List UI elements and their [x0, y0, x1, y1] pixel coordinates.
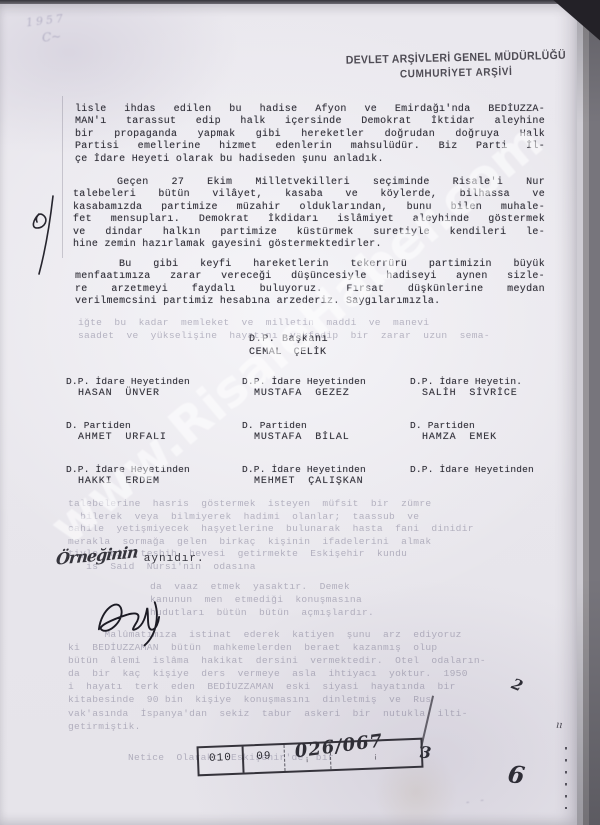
text-line: i hayatı terk eden BEDİUZZAMAN eski siya… — [68, 680, 486, 693]
text-line: iğte bu kadar memleket ve milletin maddi… — [78, 317, 490, 330]
archive-stamp: DEVLET ARŞİVLERİ GENEL MÜDÜRLÜĞÜ CUMHURİ… — [338, 49, 575, 81]
text-line: cahile yetişmiyecek haşyetlerine bulunar… — [68, 523, 474, 536]
text-line: ve dindar halkın partimize küstürmek sur… — [73, 227, 545, 239]
certification-typed-word: aynıdır. — [144, 553, 205, 565]
text-line: verilmemcsini partimiz hesabına arzederi… — [75, 296, 545, 308]
chairman-title: D.P. Başkanı — [249, 334, 328, 347]
text-line: bilerek veya bilmiyerek hadimi olanlar; … — [68, 511, 474, 524]
signatory-title: D. Partiden — [66, 420, 242, 431]
signatory-name: MUSTAFA BİLAL — [242, 432, 410, 443]
signatory-title: D. Partiden — [242, 420, 410, 431]
signatory-title: D.P. İdare Heyetinden — [410, 464, 572, 475]
signatory-title: D.P. İdare Heyetinden — [242, 376, 410, 387]
signatory-name: MEHMET ÇALIŞKAN — [242, 476, 410, 487]
dotted-margin-line — [565, 747, 567, 809]
signatory: D.P. İdare Heyetinden — [410, 464, 572, 487]
signatory-title: D. Partiden — [410, 420, 572, 431]
signatory-name: HASAN ÜNVER — [66, 388, 242, 399]
certification-line: Örneğininaynıdır. — [56, 546, 205, 566]
signatory-title: D.P. İdare Heyetinden — [66, 376, 242, 387]
signatory: D.P. İdare HeyetindenMUSTAFA GEZEZ — [242, 376, 410, 399]
signatory: D. PartidenMUSTAFA BİLAL — [242, 420, 410, 443]
signatory-row: D.P. İdare HeyetindenHAKKI ERDEMD.P. İda… — [66, 464, 572, 487]
text-line: vak'asında İspanya'dan sekiz tabur asker… — [68, 707, 486, 720]
text-line: çe İdare Heyeti olarak bu hadiseden şunu… — [75, 154, 545, 166]
chairman-block: D.P. Başkanı CEMAL ÇELİK — [249, 334, 328, 359]
body-paragraph-3: Bu gibi keyfi hareketlerin tekerrürü par… — [75, 259, 545, 309]
certification-handwritten-word: Örneğinin — [55, 542, 138, 568]
scan-edge-right — [577, 0, 600, 825]
signatory: D.P. İdare HeyetindenHASAN ÜNVER — [66, 376, 242, 399]
text-line: Geçen 27 Ekim Milletvekilleri seçiminde … — [73, 177, 545, 189]
text-line: bir propaganda yapmak gibi hereketler do… — [75, 129, 545, 141]
signatory: D. PartidenHAMZA EMEK — [410, 420, 572, 443]
margin-mark-4 — [20, 192, 64, 278]
text-line: MAN'ı tarassut edip halk içersinde Demok… — [75, 116, 545, 128]
box-cell-2: 09 — [244, 745, 286, 773]
box-cell-1: 010 — [199, 747, 245, 775]
signatory: D.P. İdare Heyetin.SALİH SİVRİCE — [410, 376, 572, 399]
signatory-name: HAKKI ERDEM — [66, 476, 242, 487]
signatory-title: D.P. İdare Heyetinden — [66, 464, 242, 475]
text-line: menfaatımıza zarar vereceği düşüncesiyle… — [75, 271, 545, 283]
signatory-name: SALİH SİVRİCE — [410, 388, 572, 399]
handwritten-signature — [81, 582, 190, 653]
pencil-scribble-topleft: C~ — [42, 29, 62, 44]
signatory-row: D. PartidenAHMET URFALID. PartidenMUSTAF… — [66, 420, 572, 443]
text-line: lisle ihdas edilen bu hadise Afyon ve Em… — [75, 104, 545, 116]
text-line: re arzetmeyi faydalı buluyoruz. Fırsat d… — [75, 284, 545, 296]
signatory-name: AHMET URFALI — [66, 432, 242, 443]
signatory: D.P. İdare HeyetindenHAKKI ERDEM — [66, 464, 242, 487]
text-line: Bu gibi keyfi hareketlerin tekerrürü par… — [75, 259, 545, 271]
scan-edge-top — [0, 0, 600, 4]
margin-note-small: ıı — [556, 720, 563, 731]
text-line: kitabesinde 90 bin kişiye konuşmasını di… — [68, 693, 486, 706]
signatory-row: D.P. İdare HeyetindenHASAN ÜNVERD.P. İda… — [66, 376, 572, 399]
text-line: kasabamızda partimize müzahir oldukların… — [73, 202, 545, 214]
text-line: bütün âlemi islâma hakikat dersini verme… — [68, 654, 486, 667]
signatories-grid: D.P. İdare HeyetindenHASAN ÜNVERD.P. İda… — [66, 376, 572, 508]
text-line: hine zemin hazırlamak gayesini göstermek… — [73, 239, 545, 251]
text-line: fet mensupları. Demokrat İkdidarı islâmi… — [73, 214, 545, 226]
text-line: talebeleri bütün vilâyet, kasaba ve köyl… — [73, 189, 545, 201]
body-paragraph-2: Geçen 27 Ekim Milletvekilleri seçiminde … — [73, 177, 545, 251]
signatory: D. PartidenAHMET URFALI — [66, 420, 242, 443]
signatory-title: D.P. İdare Heyetinden — [242, 464, 410, 475]
signatory-name: HAMZA EMEK — [410, 432, 572, 443]
text-line: da bir kaç kişiye ders vermeye asla ihti… — [68, 667, 486, 680]
chairman-name: CEMAL ÇELİK — [249, 347, 328, 360]
signatory-name: MUSTAFA GEZEZ — [242, 388, 410, 399]
text-line: Partisi emellerine hizmet edenlerin mahs… — [75, 141, 545, 153]
body-paragraph-1: lisle ihdas edilen bu hadise Afyon ve Em… — [75, 104, 545, 166]
signatory: D.P. İdare HeyetindenMEHMET ÇALIŞKAN — [242, 464, 410, 487]
signatory-title: D.P. İdare Heyetin. — [410, 376, 572, 387]
margin-note-6: 6 — [506, 759, 527, 790]
